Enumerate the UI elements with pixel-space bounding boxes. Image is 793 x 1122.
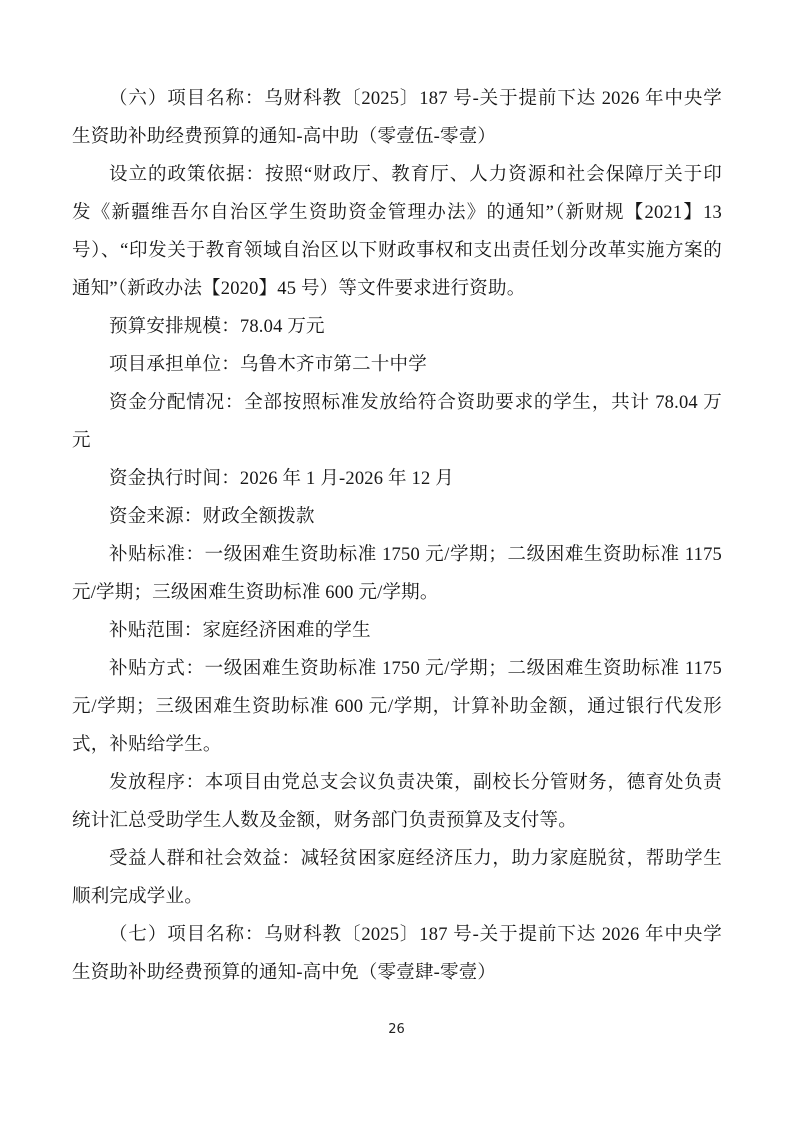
text-line: 式，补贴给学生。 [72, 726, 722, 764]
text-line: 项目承担单位：乌鲁木齐市第二十中学 [72, 346, 722, 384]
text-line: 补贴标准：一级困难生资助标准 1750 元/学期；二级困难生资助标准 1175 [72, 536, 722, 574]
text-line: 统计汇总受助学生人数及金额，财务部门负责预算及支付等。 [72, 802, 722, 840]
text-line: 补贴方式：一级困难生资助标准 1750 元/学期；二级困难生资助标准 1175 [72, 650, 722, 688]
text-line: 顺利完成学业。 [72, 878, 722, 916]
text-line: 元 [72, 422, 722, 460]
text-line: 补贴范围：家庭经济困难的学生 [72, 612, 722, 650]
text-line: 生资助补助经费预算的通知-高中助（零壹伍-零壹） [72, 118, 722, 156]
document-page: （六）项目名称：乌财科教〔2025〕187 号-关于提前下达 2026 年中央学… [0, 0, 793, 1122]
text-line: 生资助补助经费预算的通知-高中免（零壹肆-零壹） [72, 954, 722, 992]
text-line: 资金分配情况：全部按照标准发放给符合资助要求的学生，共计 78.04 万 [72, 384, 722, 422]
page-number: 26 [0, 1022, 793, 1037]
text-line: 资金来源：财政全额拨款 [72, 498, 722, 536]
text-line: 号）、“印发关于教育领域自治区以下财政事权和支出责任划分改革实施方案的 [72, 232, 722, 270]
text-line: 发《新疆维吾尔自治区学生资助资金管理办法》的通知”（新财规【2021】13 [72, 194, 722, 232]
text-line: 元/学期；三级困难生资助标准 600 元/学期。 [72, 574, 722, 612]
document-body: （六）项目名称：乌财科教〔2025〕187 号-关于提前下达 2026 年中央学… [72, 80, 722, 992]
text-line: 发放程序：本项目由党总支会议负责决策，副校长分管财务，德育处负责 [72, 764, 722, 802]
text-line: 设立的政策依据：按照“财政厅、教育厅、人力资源和社会保障厅关于印 [72, 156, 722, 194]
text-line: 元/学期；三级困难生资助标准 600 元/学期，计算补助金额，通过银行代发形 [72, 688, 722, 726]
text-line: 资金执行时间：2026 年 1 月-2026 年 12 月 [72, 460, 722, 498]
text-line: 通知”（新政办法【2020】45 号）等文件要求进行资助。 [72, 270, 722, 308]
text-line: （七）项目名称：乌财科教〔2025〕187 号-关于提前下达 2026 年中央学 [72, 916, 722, 954]
text-line: （六）项目名称：乌财科教〔2025〕187 号-关于提前下达 2026 年中央学 [72, 80, 722, 118]
text-line: 预算安排规模：78.04 万元 [72, 308, 722, 346]
text-line: 受益人群和社会效益：减轻贫困家庭经济压力，助力家庭脱贫，帮助学生 [72, 840, 722, 878]
